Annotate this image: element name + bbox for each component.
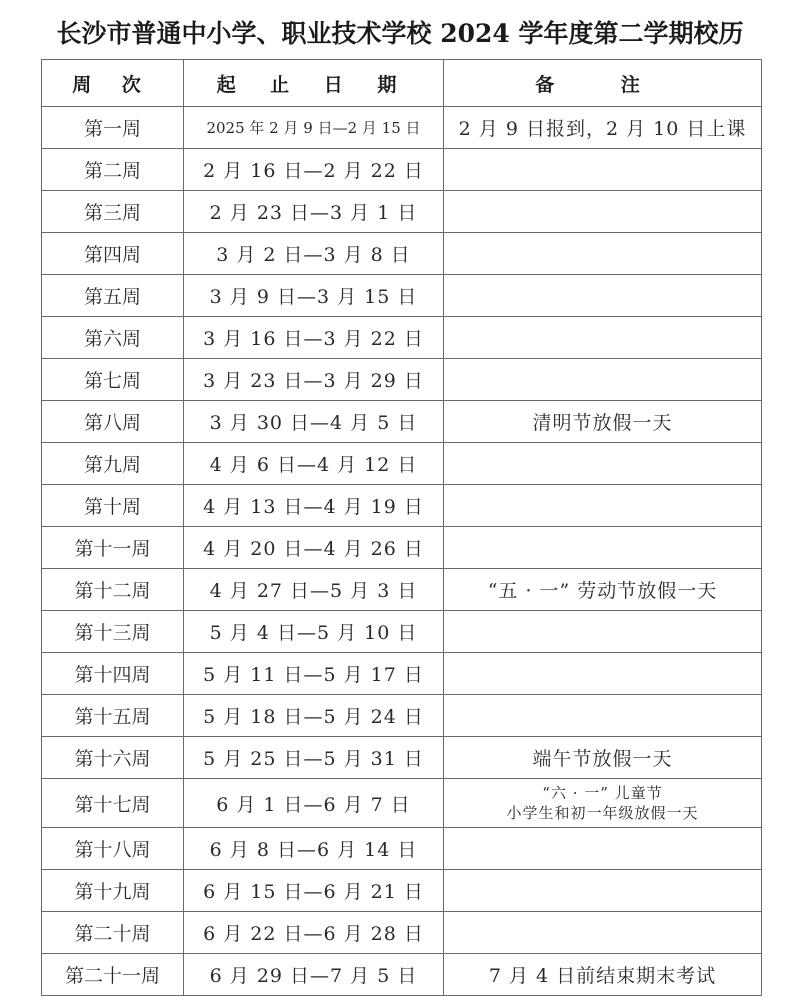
week-cell: 第四周 <box>42 233 184 275</box>
week-cell: 第六周 <box>42 317 184 359</box>
week-cell: 第五周 <box>42 275 184 317</box>
note-cell <box>444 317 762 359</box>
header-dates: 起 止 日 期 <box>184 60 444 107</box>
note-cell <box>444 912 762 954</box>
table-row: 第八周 3 月 30 日—4 月 5 日 清明节放假一天 <box>42 401 762 443</box>
date-range-cell: 6 月 1 日—6 月 7 日 <box>184 779 444 828</box>
date-range-cell: 6 月 8 日—6 月 14 日 <box>184 828 444 870</box>
week-cell: 第十二周 <box>42 569 184 611</box>
table-row: 第七周 3 月 23 日—3 月 29 日 <box>42 359 762 401</box>
date-range-cell: 4 月 20 日—4 月 26 日 <box>184 527 444 569</box>
date-range-cell: 5 月 18 日—5 月 24 日 <box>184 695 444 737</box>
table-row: 第一周 2025 年 2 月 9 日—2 月 15 日 2 月 9 日报到，2 … <box>42 107 762 149</box>
date-range-cell: 3 月 9 日—3 月 15 日 <box>184 275 444 317</box>
date-range-cell: 2 月 23 日—3 月 1 日 <box>184 191 444 233</box>
table-row: 第三周 2 月 23 日—3 月 1 日 <box>42 191 762 233</box>
date-range-cell: 2 月 16 日—2 月 22 日 <box>184 149 444 191</box>
date-range-cell: 3 月 23 日—3 月 29 日 <box>184 359 444 401</box>
note-cell: 清明节放假一天 <box>444 401 762 443</box>
week-cell: 第二十一周 <box>42 954 184 996</box>
note-cell <box>444 870 762 912</box>
date-range-cell: 5 月 11 日—5 月 17 日 <box>184 653 444 695</box>
school-calendar-table: 周 次 起 止 日 期 备 注 第一周 2025 年 2 月 9 日—2 月 1… <box>41 59 762 996</box>
date-range-cell: 3 月 30 日—4 月 5 日 <box>184 401 444 443</box>
note-cell <box>444 233 762 275</box>
date-range-cell: 2025 年 2 月 9 日—2 月 15 日 <box>184 107 444 149</box>
table-row: 第十八周 6 月 8 日—6 月 14 日 <box>42 828 762 870</box>
week-cell: 第十一周 <box>42 527 184 569</box>
note-cell: 2 月 9 日报到，2 月 10 日上课 <box>444 107 762 149</box>
week-cell: 第十五周 <box>42 695 184 737</box>
date-range-cell: 4 月 13 日—4 月 19 日 <box>184 485 444 527</box>
note-cell <box>444 653 762 695</box>
table-row: 第二周 2 月 16 日—2 月 22 日 <box>42 149 762 191</box>
date-range-cell: 4 月 27 日—5 月 3 日 <box>184 569 444 611</box>
date-range-cell: 5 月 4 日—5 月 10 日 <box>184 611 444 653</box>
note-cell <box>444 359 762 401</box>
note-cell <box>444 443 762 485</box>
table-row: 第十七周 6 月 1 日—6 月 7 日 “六 · 一” 儿童节 小学生和初一年… <box>42 779 762 828</box>
table-row: 第十二周 4 月 27 日—5 月 3 日 “五 · 一” 劳动节放假一天 <box>42 569 762 611</box>
note-cell <box>444 611 762 653</box>
week-cell: 第十六周 <box>42 737 184 779</box>
header-notes: 备 注 <box>444 60 762 107</box>
note-cell: 7 月 4 日前结束期末考试 <box>444 954 762 996</box>
document-title: 长沙市普通中小学、职业技术学校 2024 学年度第二学期校历 <box>0 14 800 50</box>
date-range-cell: 6 月 29 日—7 月 5 日 <box>184 954 444 996</box>
table-row: 第六周 3 月 16 日—3 月 22 日 <box>42 317 762 359</box>
date-range-cell: 3 月 16 日—3 月 22 日 <box>184 317 444 359</box>
table-row: 第十三周 5 月 4 日—5 月 10 日 <box>42 611 762 653</box>
date-range-cell: 5 月 25 日—5 月 31 日 <box>184 737 444 779</box>
table-row: 第二十周 6 月 22 日—6 月 28 日 <box>42 912 762 954</box>
week-cell: 第一周 <box>42 107 184 149</box>
note-line-2: 小学生和初一年级放假一天 <box>444 803 761 823</box>
note-cell <box>444 527 762 569</box>
table-row: 第十五周 5 月 18 日—5 月 24 日 <box>42 695 762 737</box>
note-cell <box>444 275 762 317</box>
date-range-cell: 6 月 15 日—6 月 21 日 <box>184 870 444 912</box>
note-cell: “五 · 一” 劳动节放假一天 <box>444 569 762 611</box>
week-cell: 第九周 <box>42 443 184 485</box>
week-cell: 第十八周 <box>42 828 184 870</box>
table-row: 第十周 4 月 13 日—4 月 19 日 <box>42 485 762 527</box>
week-cell: 第十七周 <box>42 779 184 828</box>
week-cell: 第十三周 <box>42 611 184 653</box>
date-range-cell: 6 月 22 日—6 月 28 日 <box>184 912 444 954</box>
note-cell <box>444 149 762 191</box>
table-row: 第十六周 5 月 25 日—5 月 31 日 端午节放假一天 <box>42 737 762 779</box>
table-row: 第二十一周 6 月 29 日—7 月 5 日 7 月 4 日前结束期末考试 <box>42 954 762 996</box>
header-week: 周 次 <box>42 60 184 107</box>
week-cell: 第十九周 <box>42 870 184 912</box>
week-cell: 第二周 <box>42 149 184 191</box>
note-cell <box>444 191 762 233</box>
table-row: 第十九周 6 月 15 日—6 月 21 日 <box>42 870 762 912</box>
note-cell: 端午节放假一天 <box>444 737 762 779</box>
note-cell: “六 · 一” 儿童节 小学生和初一年级放假一天 <box>444 779 762 828</box>
table-row: 第四周 3 月 2 日—3 月 8 日 <box>42 233 762 275</box>
note-cell <box>444 828 762 870</box>
week-cell: 第二十周 <box>42 912 184 954</box>
table-row: 第十四周 5 月 11 日—5 月 17 日 <box>42 653 762 695</box>
week-cell: 第十周 <box>42 485 184 527</box>
week-cell: 第七周 <box>42 359 184 401</box>
week-cell: 第八周 <box>42 401 184 443</box>
date-range-cell: 4 月 6 日—4 月 12 日 <box>184 443 444 485</box>
table-header-row: 周 次 起 止 日 期 备 注 <box>42 60 762 107</box>
date-range-cell: 3 月 2 日—3 月 8 日 <box>184 233 444 275</box>
table-row: 第九周 4 月 6 日—4 月 12 日 <box>42 443 762 485</box>
week-cell: 第十四周 <box>42 653 184 695</box>
note-line-1: “六 · 一” 儿童节 <box>444 783 761 803</box>
note-cell <box>444 485 762 527</box>
note-cell <box>444 695 762 737</box>
table-row: 第十一周 4 月 20 日—4 月 26 日 <box>42 527 762 569</box>
table-row: 第五周 3 月 9 日—3 月 15 日 <box>42 275 762 317</box>
week-cell: 第三周 <box>42 191 184 233</box>
